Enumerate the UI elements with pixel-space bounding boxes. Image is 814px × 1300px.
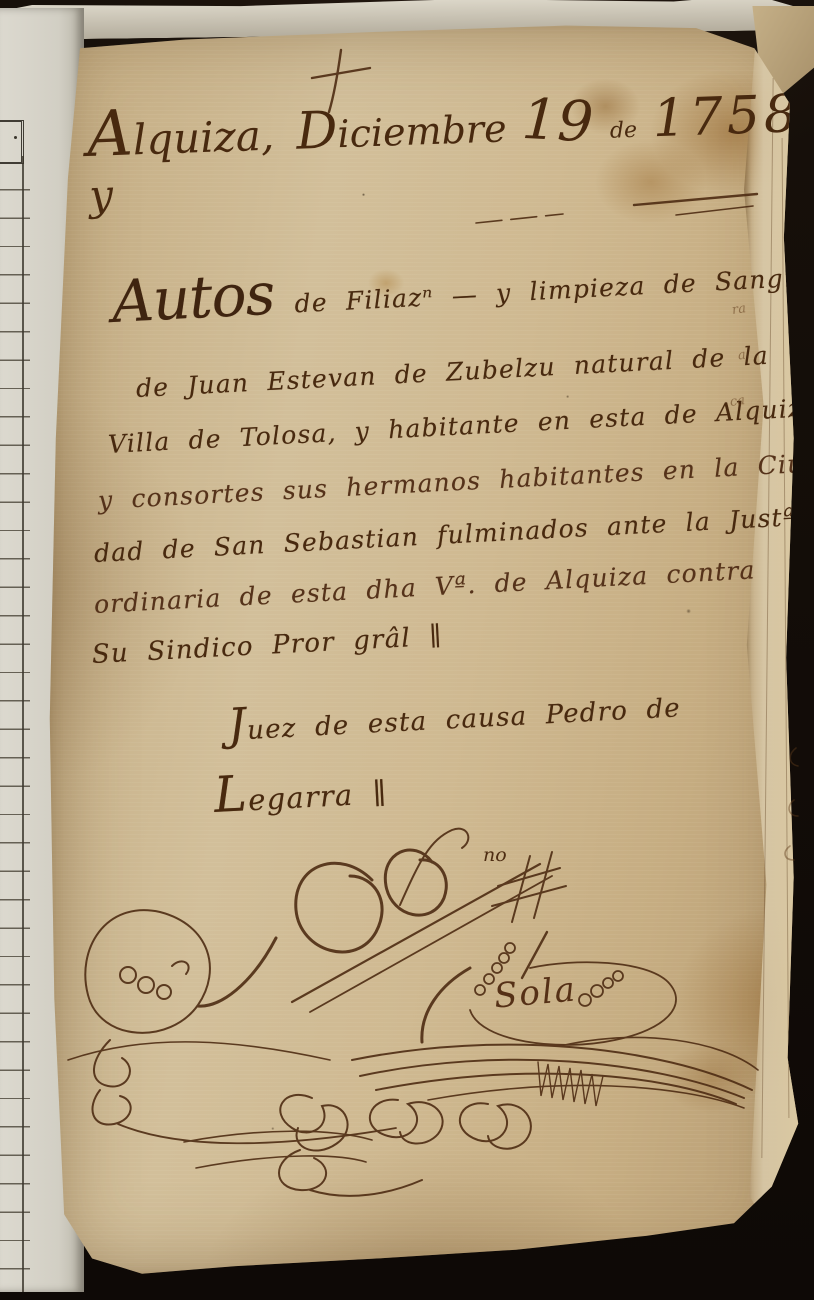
showthrough-mark: ca — [729, 393, 746, 410]
showthrough-mark: ra — [731, 301, 747, 318]
body-line: y consortes sus hermanos habitantes en l… — [97, 448, 814, 514]
signature-name: Sola — [492, 969, 578, 1016]
opening-word: Autos — [110, 260, 276, 336]
dateline-place: Alquiza, y — [86, 91, 283, 220]
judge-line-1: Juez de esta causa Pedro de — [227, 676, 682, 751]
body-line: Villa de Tolosa, y habitante en esta de … — [107, 393, 814, 459]
body-line: Su Sindico Pror grâl ∥ — [91, 622, 443, 670]
archival-manuscript-scan: Alquiza, y Diciembre 19 de 1758 Autos de… — [0, 0, 814, 1300]
judge-line-2: Legarra ∥ — [212, 757, 388, 824]
ledger-vertical-rule — [22, 156, 24, 1292]
ledger-ruled-lines — [0, 162, 30, 1292]
dateline: Alquiza, y Diciembre 19 de 1758 — [86, 73, 804, 220]
manuscript-page: Alquiza, y Diciembre 19 de 1758 Autos de… — [46, 18, 802, 1280]
dateline-year: 1758 — [652, 84, 802, 149]
paraph-superscript: no — [483, 844, 507, 866]
body-line: Autos de Filiazⁿ — y limpieza de Sangre — [110, 231, 814, 336]
ledger-header-box — [0, 120, 24, 164]
dateline-de: de — [609, 118, 637, 144]
body-line: de Juan Estevan de Zubelzu natural de la — [135, 341, 769, 403]
body-line: ordinaria de esta dha Vª. de Alquiza con… — [93, 555, 756, 619]
dateline-month: Diciembre — [295, 94, 507, 161]
dateline-day: 19 — [521, 87, 596, 156]
